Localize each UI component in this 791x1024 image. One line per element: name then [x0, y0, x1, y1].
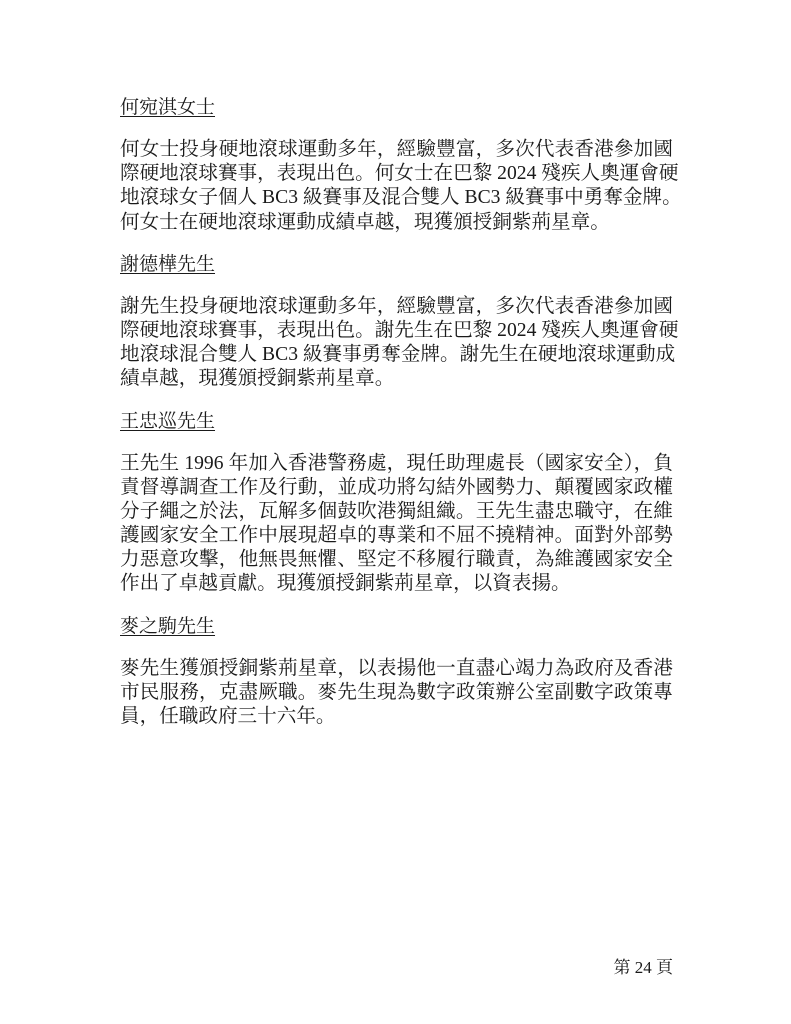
- citation-line: 力惡意攻擊，他無畏無懼、堅定不移履行職責，為維護國家安全: [120, 548, 673, 572]
- citation-line: 地滾球混合雙人 BC3 級賽事勇奪金牌。謝先生在硬地滾球運動成: [120, 343, 673, 367]
- citation-line: 王先生 1996 年加入香港警務處，現任助理處長（國家安全），負: [120, 452, 673, 476]
- awardee-name-heading: 麥之駒先生: [120, 615, 215, 639]
- citation-line: 際硬地滾球賽事，表現出色。謝先生在巴黎 2024 殘疾人奧運會硬: [120, 319, 673, 343]
- citation-line: 麥先生獲頒授銅紫荊星章，以表揚他一直盡心竭力為政府及香港: [120, 657, 673, 681]
- citation-line: 市民服務，克盡厥職。麥先生現為數字政策辦公室副數字政策專: [120, 681, 673, 705]
- citation-line: 謝先生投身硬地滾球運動多年，經驗豐富，多次代表香港參加國: [120, 295, 673, 319]
- citation-line: 何女士投身硬地滾球運動多年，經驗豐富，多次代表香港參加國: [120, 138, 673, 162]
- awardee-citation: 何女士投身硬地滾球運動多年，經驗豐富，多次代表香港參加國 際硬地滾球賽事，表現出…: [120, 138, 673, 235]
- citation-line: 作出了卓越貢獻。現獲頒授銅紫荊星章，以資表揚。: [120, 572, 673, 596]
- citation-line: 績卓越，現獲頒授銅紫荊星章。: [120, 367, 673, 391]
- citation-line: 護國家安全工作中展現超卓的專業和不屈不撓精神。面對外部勢: [120, 524, 673, 548]
- awardee-citation: 謝先生投身硬地滾球運動多年，經驗豐富，多次代表香港參加國 際硬地滾球賽事，表現出…: [120, 295, 673, 392]
- citation-line: 員，任職政府三十六年。: [120, 705, 673, 729]
- citation-line: 責督導調查工作及行動，並成功將勾結外國勢力、顛覆國家政權: [120, 476, 673, 500]
- awardee-name-heading: 何宛淇女士: [120, 96, 215, 120]
- citation-line: 何女士在硬地滾球運動成績卓越，現獲頒授銅紫荊星章。: [120, 211, 673, 235]
- awardee-section-mak: 麥之駒先生 麥先生獲頒授銅紫荊星章，以表揚他一直盡心竭力為政府及香港 市民服務，…: [120, 615, 673, 730]
- citation-line: 分子繩之於法，瓦解多個鼓吹港獨組織。王先生盡忠職守，在維: [120, 500, 673, 524]
- awardee-citation: 麥先生獲頒授銅紫荊星章，以表揚他一直盡心竭力為政府及香港 市民服務，克盡厥職。麥…: [120, 657, 673, 730]
- page-number: 第 24 頁: [614, 957, 674, 979]
- awardee-citation: 王先生 1996 年加入香港警務處，現任助理處長（國家安全），負 責督導調查工作…: [120, 452, 673, 597]
- awardee-section-ho: 何宛淇女士 何女士投身硬地滾球運動多年，經驗豐富，多次代表香港參加國 際硬地滾球…: [120, 96, 673, 235]
- awardee-section-tse: 謝德樺先生 謝先生投身硬地滾球運動多年，經驗豐富，多次代表香港參加國 際硬地滾球…: [120, 253, 673, 392]
- document-page: 何宛淇女士 何女士投身硬地滾球運動多年，經驗豐富，多次代表香港參加國 際硬地滾球…: [120, 96, 673, 747]
- citation-line: 際硬地滾球賽事，表現出色。何女士在巴黎 2024 殘疾人奧運會硬: [120, 162, 673, 186]
- awardee-section-wong: 王忠巡先生 王先生 1996 年加入香港警務處，現任助理處長（國家安全），負 責…: [120, 410, 673, 597]
- awardee-name-heading: 王忠巡先生: [120, 410, 215, 434]
- awardee-name-heading: 謝德樺先生: [120, 253, 215, 277]
- citation-line: 地滾球女子個人 BC3 級賽事及混合雙人 BC3 級賽事中勇奪金牌。: [120, 186, 673, 210]
